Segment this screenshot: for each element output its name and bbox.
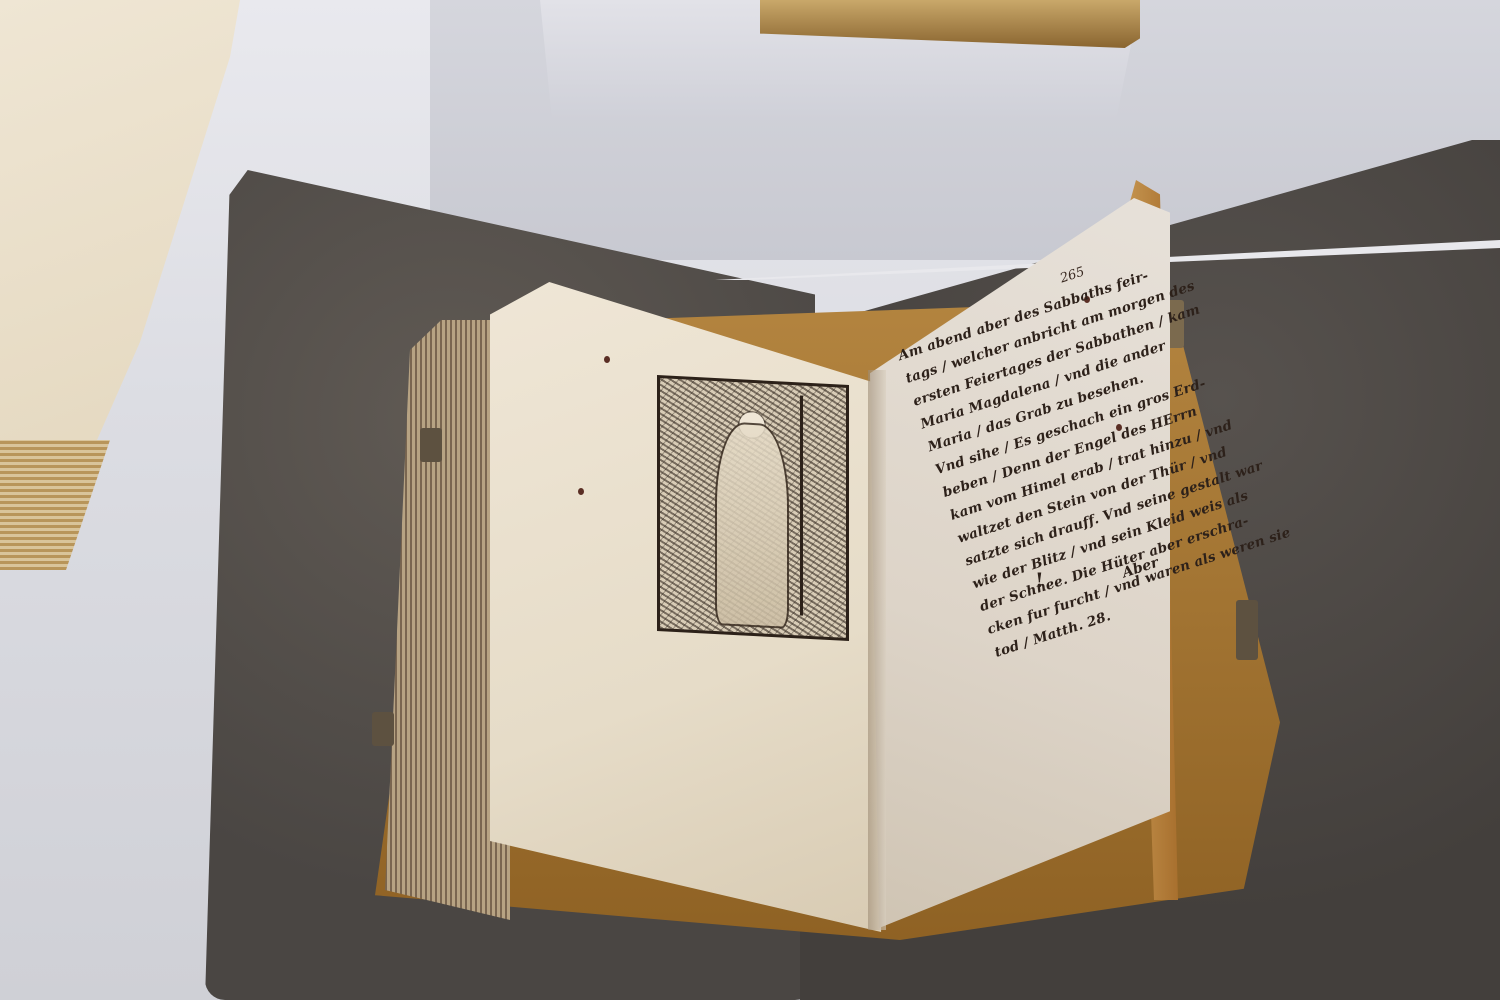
woodcut-illustration (657, 375, 849, 641)
staff-icon (800, 395, 803, 615)
clasp-icon (372, 712, 394, 746)
figure-icon (715, 421, 789, 629)
wormhole (604, 356, 610, 363)
wormhole (578, 488, 584, 495)
background-book-left-edge (0, 440, 110, 570)
book-gutter (868, 370, 886, 930)
clasp-icon (1236, 600, 1258, 660)
clasp-icon (420, 428, 442, 462)
marginal-mark: ! (1035, 568, 1044, 592)
